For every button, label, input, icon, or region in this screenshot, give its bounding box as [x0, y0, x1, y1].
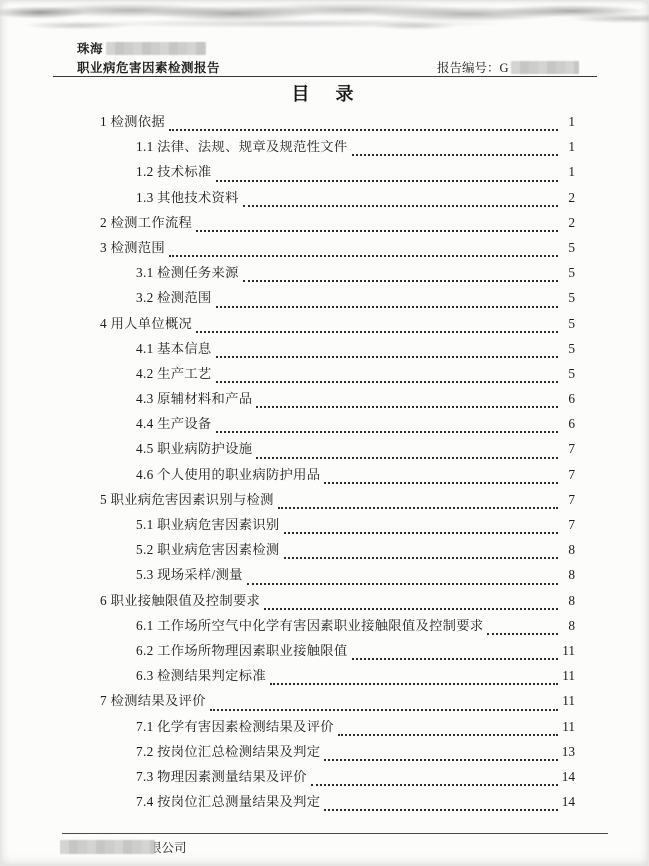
toc-entry: 4.1 基本信息5 — [100, 338, 575, 363]
toc-entry-label: 7 检测结果及评价 — [100, 690, 206, 709]
toc-dot-leader — [352, 154, 558, 156]
toc-entry-label: 4.4 生产设备 — [136, 413, 212, 432]
toc-entry: 7.4 按岗位汇总测量结果及判定14 — [100, 791, 575, 816]
toc-entry: 6 职业接触限值及控制要求8 — [100, 590, 575, 615]
toc-entry-label: 3 检测范围 — [100, 237, 165, 256]
toc-entry-label: 6.1 工作场所空气中化学有害因素职业接触限值及控制要求 — [136, 615, 483, 634]
toc-entry: 4.6 个人使用的职业病防护用品7 — [100, 464, 575, 489]
redacted-company-name — [106, 42, 206, 55]
toc-entry: 4.2 生产工艺5 — [100, 363, 575, 388]
toc-entry-label: 4.2 生产工艺 — [136, 363, 212, 382]
toc-dot-leader — [243, 205, 558, 207]
toc-entry-page: 8 — [561, 618, 575, 634]
footer-rule — [62, 833, 608, 834]
toc-entry-label: 3.2 检测范围 — [136, 287, 212, 306]
toc-dot-leader — [264, 608, 558, 610]
toc-entry-page: 1 — [561, 139, 575, 155]
toc-dot-leader — [324, 759, 558, 761]
toc-dot-leader — [216, 306, 558, 308]
toc-entry-label: 3.1 检测任务来源 — [136, 262, 239, 281]
header-report-number: 报告编号：G — [437, 58, 579, 76]
scan-noise-artifact — [0, 2, 649, 32]
report-number-prefix: G — [500, 61, 509, 75]
toc-dot-leader — [216, 381, 558, 383]
toc-entry: 1.1 法律、法规、规章及规范性文件1 — [100, 136, 575, 161]
toc-dot-leader — [196, 230, 558, 232]
toc-dot-leader — [311, 784, 558, 786]
toc-entry: 7.1 化学有害因素检测结果及评价11 — [100, 716, 575, 741]
toc-dot-leader — [338, 734, 558, 736]
toc-entry-label: 6 职业接触限值及控制要求 — [100, 590, 260, 609]
toc-entry: 1 检测依据1 — [100, 111, 575, 136]
toc-entry: 6.1 工作场所空气中化学有害因素职业接触限值及控制要求8 — [100, 615, 575, 640]
toc-entry-page: 5 — [561, 240, 575, 256]
toc-dot-leader — [278, 507, 558, 509]
toc-dot-leader — [216, 356, 558, 358]
toc-entry-page: 5 — [561, 366, 575, 382]
toc-list: 1 检测依据11.1 法律、法规、规章及规范性文件11.2 技术标准11.3 其… — [100, 111, 575, 816]
toc-dot-leader — [216, 431, 558, 433]
toc-entry-label: 7.3 物理因素测量结果及评价 — [136, 766, 307, 785]
toc-dot-leader — [256, 457, 558, 459]
toc-entry: 1.2 技术标准1 — [100, 161, 575, 186]
toc-entry-page: 5 — [561, 341, 575, 357]
header-company-line: 珠海 — [77, 39, 206, 57]
toc-entry-label: 7.2 按岗位汇总检测结果及判定 — [136, 741, 320, 760]
toc-entry: 6.2 工作场所物理因素职业接触限值11 — [100, 640, 575, 665]
toc-entry-label: 7.4 按岗位汇总测量结果及判定 — [136, 791, 320, 810]
toc-entry-label: 1 检测依据 — [100, 111, 165, 130]
toc-entry-page: 5 — [561, 265, 575, 281]
report-number-label: 报告编号： — [437, 61, 500, 75]
toc-entry: 7 检测结果及评价11 — [100, 690, 575, 715]
toc-entry-page: 5 — [561, 316, 575, 332]
toc-dot-leader — [196, 331, 558, 333]
redacted-report-number — [511, 61, 579, 74]
toc-entry: 5.1 职业病危害因素识别7 — [100, 514, 575, 539]
toc-entry: 3 检测范围5 — [100, 237, 575, 262]
toc-dot-leader — [247, 583, 558, 585]
toc-entry-page: 7 — [561, 441, 575, 457]
footer-company-line: 限公司 — [60, 838, 187, 856]
toc-entry-page: 2 — [561, 190, 575, 206]
toc-dot-leader — [284, 557, 558, 559]
toc-entry-label: 6.3 检测结果判定标准 — [136, 665, 266, 684]
scanned-document-page: 珠海 职业病危害因素检测报告 报告编号：G 目 录 1 检测依据11.1 法律、… — [0, 0, 649, 866]
toc-entry-page: 7 — [561, 517, 575, 533]
toc-entry-label: 5.1 职业病危害因素识别 — [136, 514, 280, 533]
toc-entry: 4.3 原辅材料和产品6 — [100, 388, 575, 413]
toc-entry: 4.5 职业病防护设施7 — [100, 438, 575, 463]
toc-dot-leader — [324, 482, 558, 484]
toc-entry: 5 职业病危害因素识别与检测7 — [100, 489, 575, 514]
toc-entry-page: 1 — [561, 164, 575, 180]
toc-entry-page: 2 — [561, 215, 575, 231]
toc-entry: 5.2 职业病危害因素检测8 — [100, 539, 575, 564]
toc-dot-leader — [256, 406, 558, 408]
toc-entry-page: 14 — [561, 794, 575, 810]
toc-entry: 4.4 生产设备6 — [100, 413, 575, 438]
toc-entry: 6.3 检测结果判定标准11 — [100, 665, 575, 690]
toc-entry-label: 4.6 个人使用的职业病防护用品 — [136, 464, 320, 483]
toc-entry-label: 6.2 工作场所物理因素职业接触限值 — [136, 640, 348, 659]
toc-entry-label: 5.2 职业病危害因素检测 — [136, 539, 280, 558]
toc-entry-page: 1 — [561, 114, 575, 130]
toc-entry-page: 8 — [561, 567, 575, 583]
header-company-prefix: 珠海 — [77, 42, 103, 56]
toc-entry-label: 4.5 职业病防护设施 — [136, 438, 252, 457]
toc-dot-leader — [169, 129, 558, 131]
toc-dot-leader — [284, 532, 558, 534]
toc-entry: 7.2 按岗位汇总检测结果及判定13 — [100, 741, 575, 766]
toc-entry-label: 5.3 现场采样/测量 — [136, 564, 243, 583]
toc-entry-label: 5 职业病危害因素识别与检测 — [100, 489, 274, 508]
toc-entry-label: 4.3 原辅材料和产品 — [136, 388, 252, 407]
toc-entry-label: 1.3 其他技术资料 — [136, 187, 239, 206]
toc-entry-label: 4 用人单位概况 — [100, 313, 192, 332]
toc-entry-page: 5 — [561, 290, 575, 306]
toc-entry-page: 6 — [561, 391, 575, 407]
toc-entry: 2 检测工作流程2 — [100, 212, 575, 237]
toc-entry-page: 14 — [561, 769, 575, 785]
toc-entry-page: 8 — [561, 593, 575, 609]
toc-entry-page: 11 — [561, 668, 575, 684]
toc-entry: 1.3 其他技术资料2 — [100, 187, 575, 212]
header-rule — [53, 76, 597, 77]
toc-entry-label: 1.1 法律、法规、规章及规范性文件 — [136, 136, 348, 155]
toc-dot-leader — [324, 809, 558, 811]
toc-title: 目 录 — [0, 80, 649, 106]
toc-entry-page: 8 — [561, 542, 575, 558]
toc-entry: 5.3 现场采样/测量8 — [100, 564, 575, 589]
toc-dot-leader — [169, 255, 558, 257]
toc-entry-page: 7 — [561, 467, 575, 483]
redacted-footer-company — [60, 840, 155, 854]
toc-entry-page: 6 — [561, 416, 575, 432]
toc-entry: 7.3 物理因素测量结果及评价14 — [100, 766, 575, 791]
toc-dot-leader — [487, 633, 558, 635]
toc-dot-leader — [243, 280, 558, 282]
toc-entry: 3.2 检测范围5 — [100, 287, 575, 312]
header-report-title: 职业病危害因素检测报告 — [77, 58, 220, 76]
toc-dot-leader — [210, 709, 558, 711]
toc-entry-page: 11 — [561, 719, 575, 735]
toc-dot-leader — [216, 180, 558, 182]
toc-entry-page: 7 — [561, 492, 575, 508]
toc-entry: 4 用人单位概况5 — [100, 313, 575, 338]
toc-entry-page: 11 — [561, 693, 575, 709]
toc-entry-page: 11 — [561, 643, 575, 659]
toc-dot-leader — [270, 683, 558, 685]
toc-entry-label: 1.2 技术标准 — [136, 161, 212, 180]
toc-entry-label: 4.1 基本信息 — [136, 338, 212, 357]
toc-entry-label: 7.1 化学有害因素检测结果及评价 — [136, 716, 334, 735]
toc-entry-label: 2 检测工作流程 — [100, 212, 192, 231]
toc-dot-leader — [352, 658, 558, 660]
toc-entry-page: 13 — [561, 744, 575, 760]
toc-entry: 3.1 检测任务来源5 — [100, 262, 575, 287]
